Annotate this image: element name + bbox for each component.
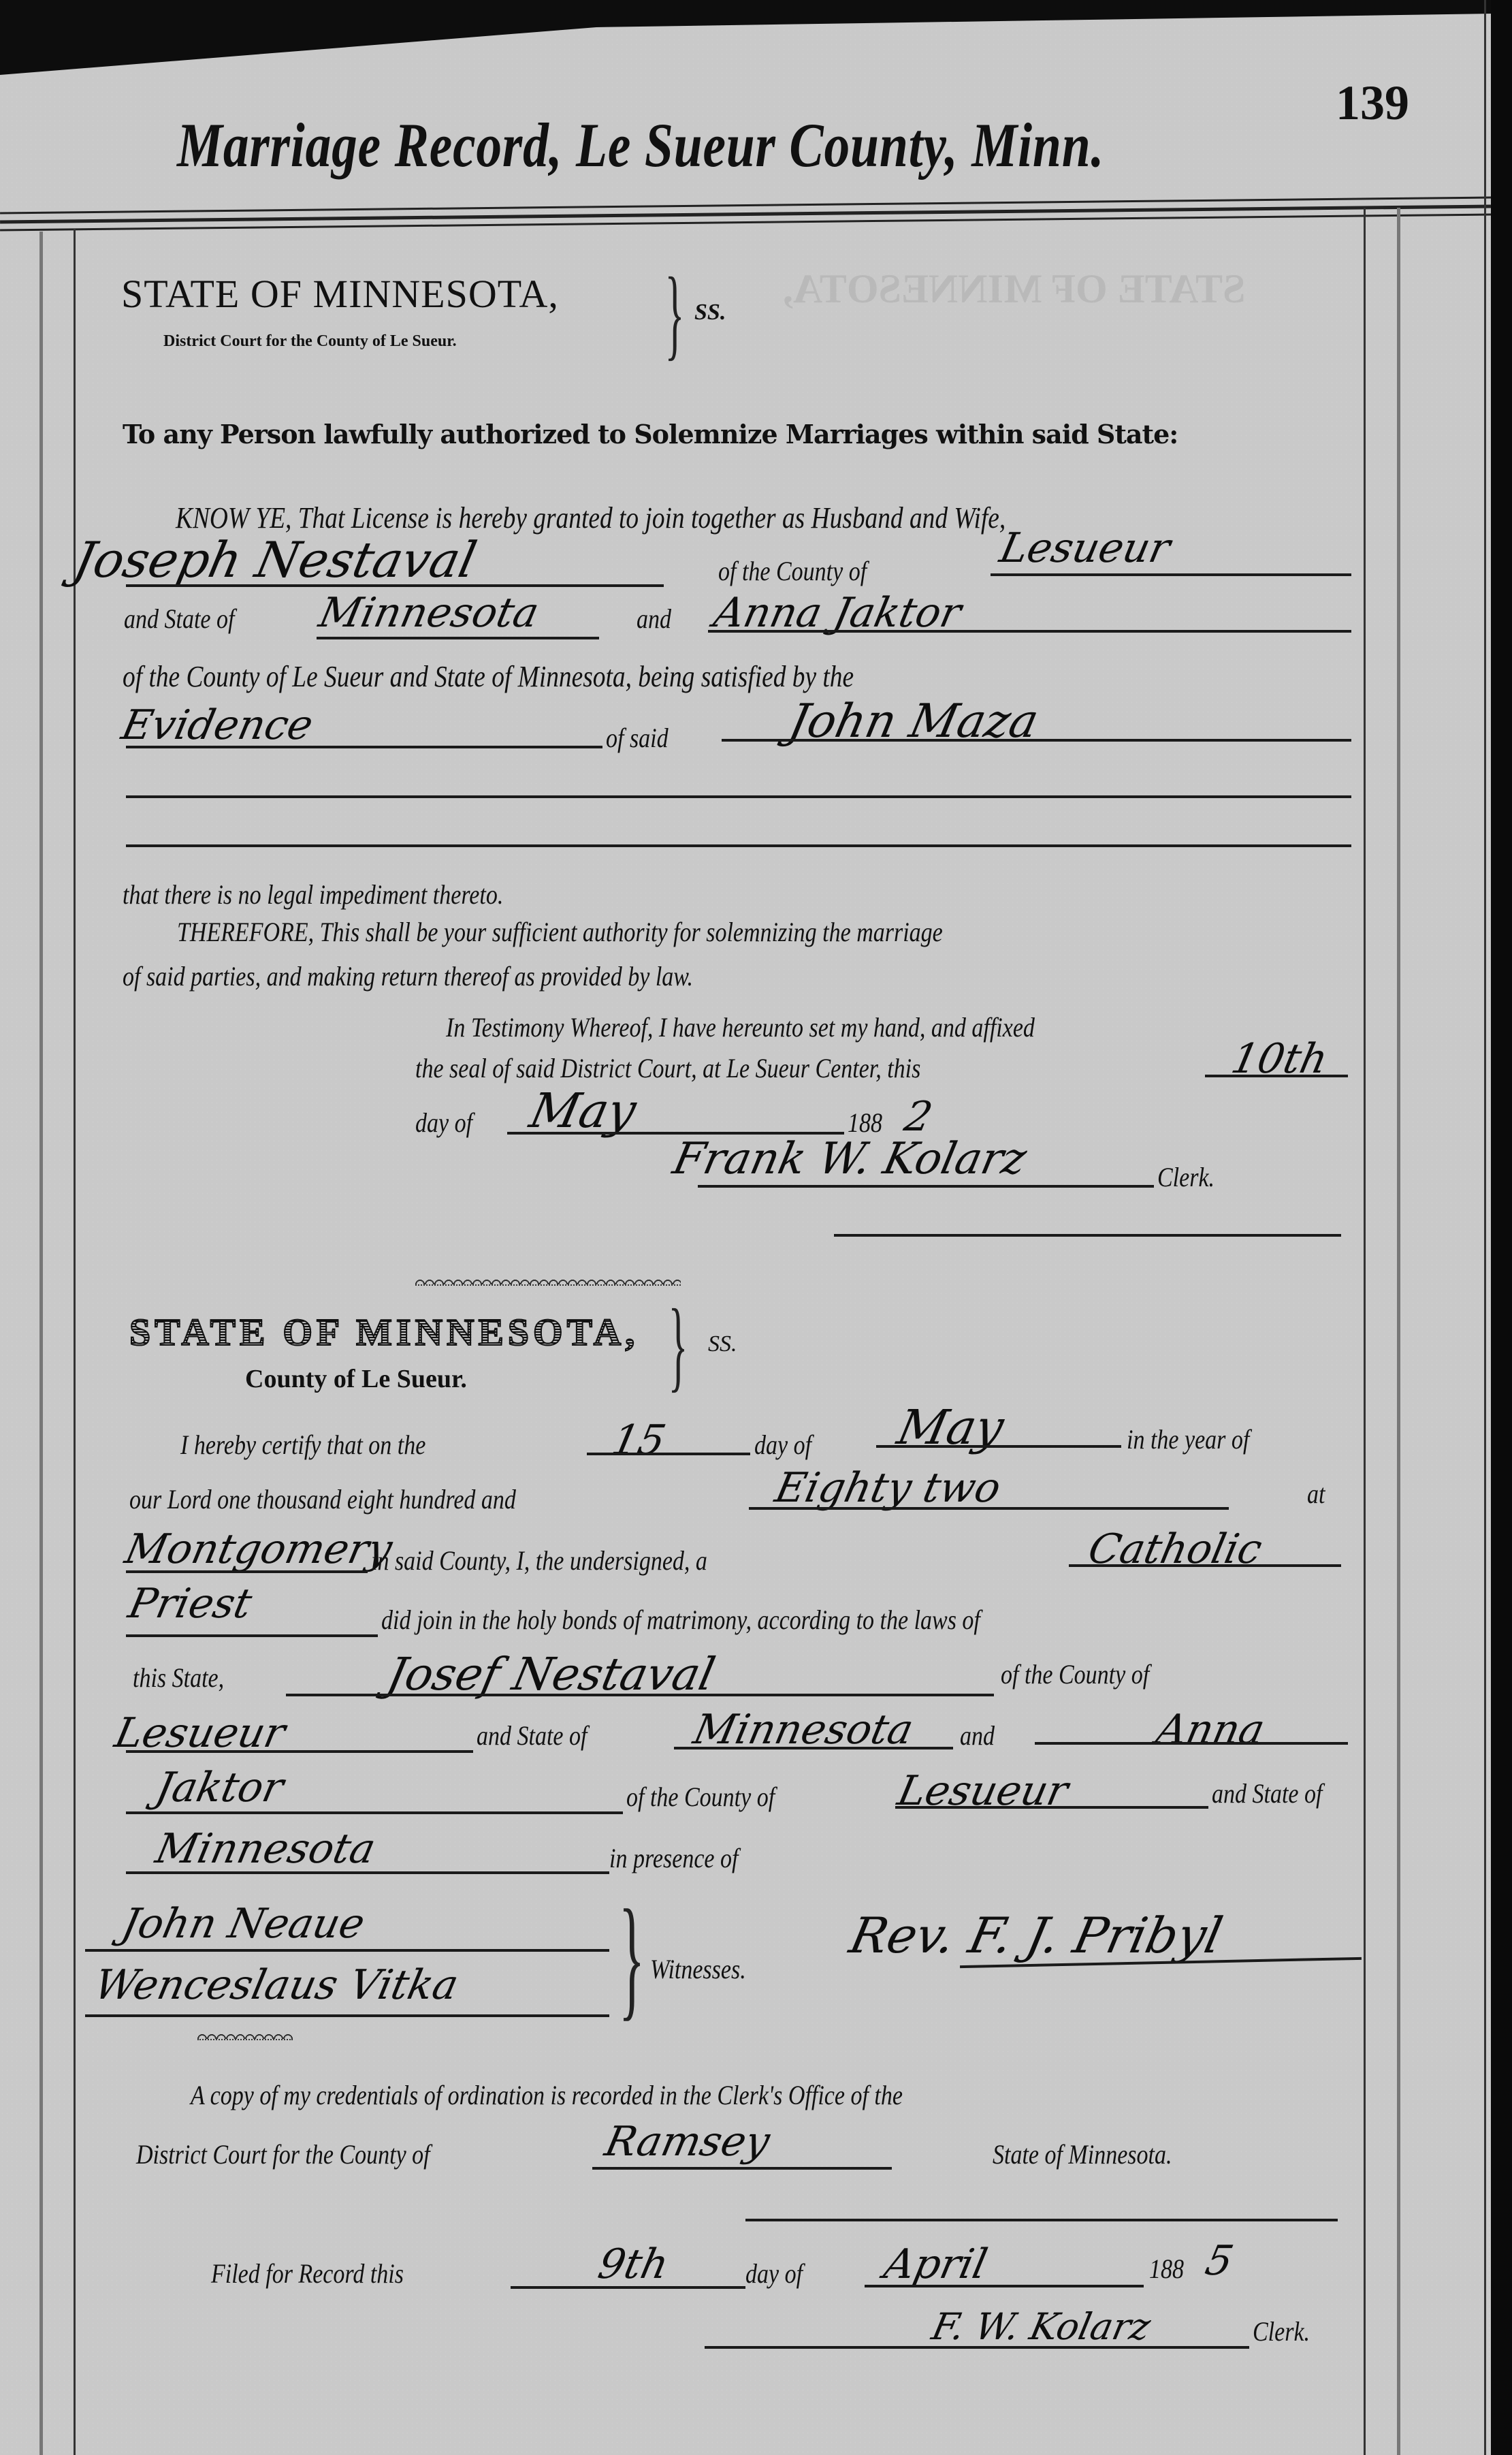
undersigned-label: in said County, I, the undersigned, a — [371, 1545, 707, 1577]
certificate-bride-state: Minnesota — [152, 1825, 380, 1873]
groom-state-line — [317, 637, 599, 639]
year-words-line — [749, 1507, 1229, 1510]
and-state-of-label: and State of — [124, 603, 234, 635]
testimony-line-2: the seal of said District Court, at Le S… — [415, 1052, 920, 1084]
groom-name: Joseph Nestaval — [69, 531, 481, 588]
lord-label: our Lord one thousand eight hundred and — [129, 1483, 516, 1515]
certificate-groom-name: Josef Nestaval — [383, 1648, 720, 1700]
certificate-bride-county-line — [895, 1806, 1208, 1809]
certificate-bride-first: Anna — [1153, 1706, 1269, 1754]
certificate-day: 15 — [608, 1416, 670, 1464]
groom-county: Lesueur — [996, 524, 1175, 572]
certificate-and-state-of-label: and State of — [477, 1720, 587, 1752]
officiant-signature: Rev. F. J. Pribyl — [845, 1907, 1227, 1964]
groom-name-line — [126, 584, 664, 587]
certificate-state-heading: STATE OF MINNESOTA, — [129, 1311, 639, 1355]
filed-label: Filed for Record this — [211, 2258, 404, 2290]
at-label: at — [1307, 1478, 1325, 1510]
certificate-month-line — [876, 1445, 1121, 1448]
evidence-line — [126, 746, 602, 748]
groom-state: Minnesota — [315, 589, 543, 637]
section-divider-ornament — [415, 1275, 681, 1286]
certificate-bride-county-label: of the County of — [626, 1781, 775, 1813]
witness-1: John Neaue — [118, 1900, 369, 1948]
credentials-line-1: A copy of my credentials of ordination i… — [191, 2079, 903, 2111]
brace-icon: } — [669, 1294, 688, 1396]
filing-month-line — [865, 2285, 1144, 2287]
evidence-witness-line — [722, 739, 1351, 742]
filing-day-line — [511, 2286, 745, 2289]
certificate-day-of-label: day of — [754, 1429, 811, 1461]
filing-clerk-line — [705, 2346, 1249, 2349]
right-margin-rule-inner — [1364, 208, 1366, 2455]
certificate-groom-state-line — [674, 1747, 953, 1749]
certificate-groom-line — [286, 1694, 994, 1696]
filing-day-of-label: day of — [745, 2258, 803, 2290]
filing-clerk-label: Clerk. — [1253, 2315, 1310, 2347]
this-state-label: this State, — [133, 1662, 224, 1694]
witness-2-line — [85, 2014, 609, 2017]
evidence: Evidence — [118, 701, 317, 749]
certificate-bride-last: Jaktor — [152, 1764, 288, 1811]
presence-label: in presence of — [609, 1842, 738, 1874]
officiant-title-2: Priest — [125, 1580, 257, 1628]
certificate-bride-state-line — [126, 1871, 609, 1874]
license-deputy-line — [834, 1234, 1341, 1237]
witnesses-label: Witnesses. — [650, 1953, 746, 1985]
witness-1-line — [85, 1949, 609, 1952]
bride-county-line: of the County of Le Sueur and State of M… — [123, 659, 854, 694]
license-month: May — [525, 1083, 641, 1139]
groom-county-line — [991, 573, 1351, 576]
place: Montgomery — [121, 1525, 397, 1573]
license-day-of-label: day of — [415, 1107, 472, 1139]
certify-label: I hereby certify that on the — [180, 1429, 425, 1461]
holy-bonds-label: did join in the holy bonds of matrimony,… — [381, 1604, 980, 1636]
certificate-of-county-label: of the County of — [1001, 1658, 1149, 1690]
year-words: Eighty two — [771, 1464, 1006, 1512]
license-clerk-label: Clerk. — [1157, 1161, 1215, 1193]
certificate-ss: SS. — [708, 1331, 737, 1357]
officiant-title-2-line — [126, 1634, 378, 1637]
blank-line-2 — [126, 844, 1351, 847]
therefore-line-2: of said parties, and making return there… — [123, 960, 693, 992]
bleed-through-text: STATE OF MINNESOTA, — [783, 266, 1246, 313]
filing-day: 9th — [594, 2240, 673, 2288]
bride-name-line — [708, 630, 1351, 633]
filing-year-prefix: 188 — [1149, 2253, 1184, 2285]
blank-line-1 — [126, 795, 1351, 798]
filing-clerk-signature: F. W. Kolarz — [928, 2305, 1154, 2348]
know-ye-line: KNOW YE, That License is hereby granted … — [176, 501, 1006, 535]
credentials-line-2: District Court for the County of — [136, 2138, 430, 2170]
certificate-county-subheading: County of Le Sueur. — [245, 1364, 467, 1394]
certificate-and-state-of-end-label: and State of — [1212, 1777, 1322, 1809]
credentials-county-line — [592, 2167, 892, 2170]
place-line — [126, 1570, 368, 1573]
license-court-subheading: District Court for the County of Le Sueu… — [163, 332, 457, 351]
section-divider-ornament — [197, 2029, 293, 2040]
license-day-line — [1205, 1075, 1348, 1077]
certificate-groom-county-line — [126, 1750, 473, 1753]
license-state-heading: STATE OF MINNESOTA, — [121, 271, 559, 317]
of-county-label: of the County of — [718, 555, 867, 587]
credentials-extra-line — [745, 2219, 1338, 2221]
certificate-bride-first-line — [1035, 1742, 1348, 1745]
credentials-county: Ramsey — [601, 2118, 774, 2166]
brace-icon: } — [619, 1890, 645, 2026]
license-ss: SS. — [694, 300, 726, 326]
witness-2: Wenceslaus Vitka — [91, 1961, 463, 2009]
scan-edge — [1491, 0, 1512, 2455]
certificate-day-line — [587, 1453, 750, 1455]
brace-icon: } — [665, 262, 685, 364]
credentials-state: State of Minnesota. — [993, 2138, 1172, 2170]
certificate-and-label: and — [960, 1720, 995, 1752]
license-clerk-line — [698, 1185, 1154, 1188]
page-edge-rule — [1484, 0, 1486, 2455]
therefore-line-1: THEREFORE, This shall be your sufficient… — [177, 916, 943, 948]
page-number: 139 — [1336, 75, 1409, 131]
right-margin-rule-outer — [1397, 208, 1400, 2455]
testimony-line-1: In Testimony Whereof, I have hereunto se… — [446, 1011, 1035, 1043]
certificate-bride-last-line — [126, 1811, 623, 1814]
page-title: Marriage Record, Le Sueur County, Minn. — [177, 109, 1104, 181]
salutation: To any Person lawfully authorized to Sol… — [123, 419, 1178, 449]
no-impediment: that there is no legal impediment theret… — [123, 878, 503, 910]
in-year-label: in the year of — [1127, 1423, 1249, 1455]
of-said-label: of said — [606, 722, 669, 754]
and-label: and — [637, 603, 671, 635]
officiant-title-1-line — [1069, 1564, 1341, 1567]
left-margin-rule-outer — [39, 232, 43, 2455]
filing-month: April — [880, 2240, 992, 2288]
license-clerk-signature: Frank W. Kolarz — [669, 1134, 1031, 1184]
